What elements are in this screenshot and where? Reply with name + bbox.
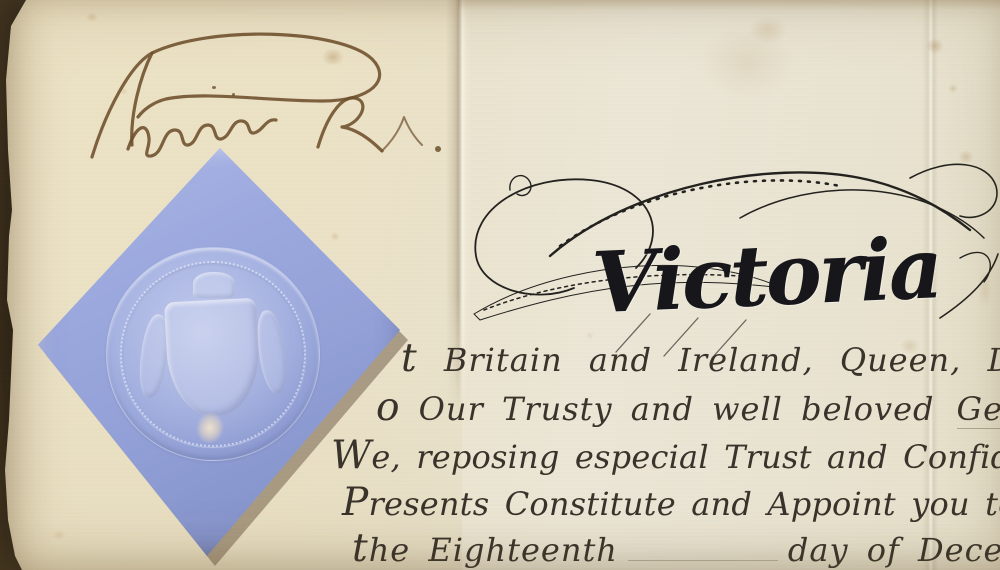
photo-vignette: [0, 0, 1000, 570]
document-photo: Victoria R Victoria t Britain and Ir: [0, 0, 1000, 570]
